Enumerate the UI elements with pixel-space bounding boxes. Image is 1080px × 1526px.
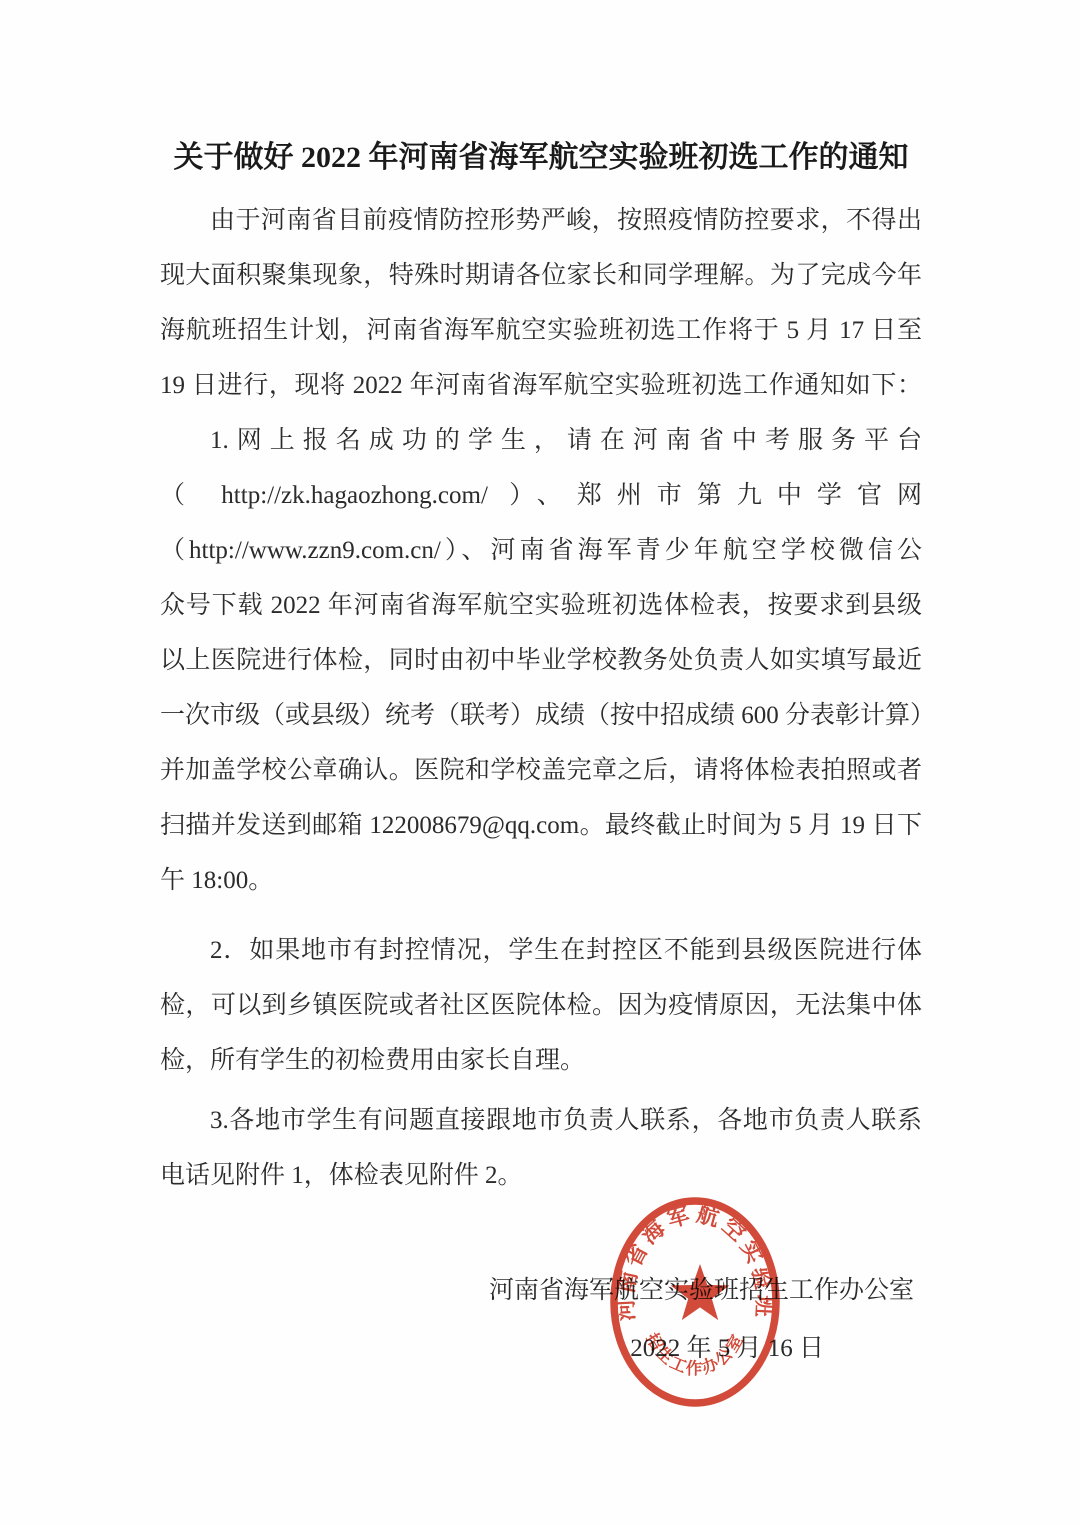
paragraph-intro: 由于河南省目前疫情防控形势严峻，按照疫情防控要求，不得出 现大面积聚集现象，特殊…: [160, 193, 922, 413]
document-content: 关于做好 2022 年河南省海军航空实验班初选工作的通知 由于河南省目前疫情防控…: [160, 0, 922, 1376]
body-line: 3.各地市学生有问题直接跟地市负责人联系，各地市负责人联系: [160, 1093, 922, 1148]
body-line: 检，所有学生的初检费用由家长自理。: [160, 1033, 922, 1088]
paragraph-item-3: 3.各地市学生有问题直接跟地市负责人联系，各地市负责人联系 电话见附件 1，体检…: [160, 1093, 922, 1203]
document-page: 关于做好 2022 年河南省海军航空实验班初选工作的通知 由于河南省目前疫情防控…: [0, 0, 1080, 1526]
body-line: 由于河南省目前疫情防控形势严峻，按照疫情防控要求，不得出: [160, 193, 922, 248]
body-line: 并加盖学校公章确认。医院和学校盖完章之后，请将体检表拍照或者: [160, 743, 922, 798]
body-line: 现大面积聚集现象，特殊时期请各位家长和同学理解。为了完成今年: [160, 248, 922, 303]
body-line: 1.网上报名成功的学生，请在河南省中考服务平台: [160, 413, 922, 468]
body-line: 众号下载 2022 年河南省海军航空实验班初选体检表，按要求到县级: [160, 578, 922, 633]
body-line: 电话见附件 1，体检表见附件 2。: [160, 1148, 922, 1203]
date-line: 2022 年 5 月 16 日: [160, 1321, 922, 1376]
body-line: 19 日进行，现将 2022 年河南省海军航空实验班初选工作通知如下：: [160, 358, 922, 413]
body-line: （http://www.zzn9.com.cn/）、河南省海军青少年航空学校微信…: [160, 523, 922, 578]
body-line: 以上医院进行体检，同时由初中毕业学校教务处负责人如实填写最近: [160, 633, 922, 688]
body-line: 扫描并发送到邮箱 122008679@qq.com。最终截止时间为 5 月 19…: [160, 798, 922, 853]
body-line: （ http://zk.hagaozhong.com/ ）、郑州市第九中学官网: [160, 468, 922, 523]
paragraph-item-1: 1.网上报名成功的学生，请在河南省中考服务平台 （ http://zk.haga…: [160, 413, 922, 908]
body-line: 海航班招生计划，河南省海军航空实验班初选工作将于 5 月 17 日至: [160, 303, 922, 358]
body-line: 一次市级（或县级）统考（联考）成绩（按中招成绩 600 分表彰计算）: [160, 688, 922, 743]
body-line: 2．如果地市有封控情况，学生在封控区不能到县级医院进行体: [160, 923, 922, 978]
signature-line: 河南省海军航空实验班招生工作办公室: [160, 1263, 922, 1318]
body-line: 检，可以到乡镇医院或者社区医院体检。因为疫情原因，无法集中体: [160, 978, 922, 1033]
document-title: 关于做好 2022 年河南省海军航空实验班初选工作的通知: [160, 130, 922, 185]
paragraph-item-2: 2．如果地市有封控情况，学生在封控区不能到县级医院进行体 检，可以到乡镇医院或者…: [160, 923, 922, 1088]
body-line: 午 18:00。: [160, 853, 922, 908]
